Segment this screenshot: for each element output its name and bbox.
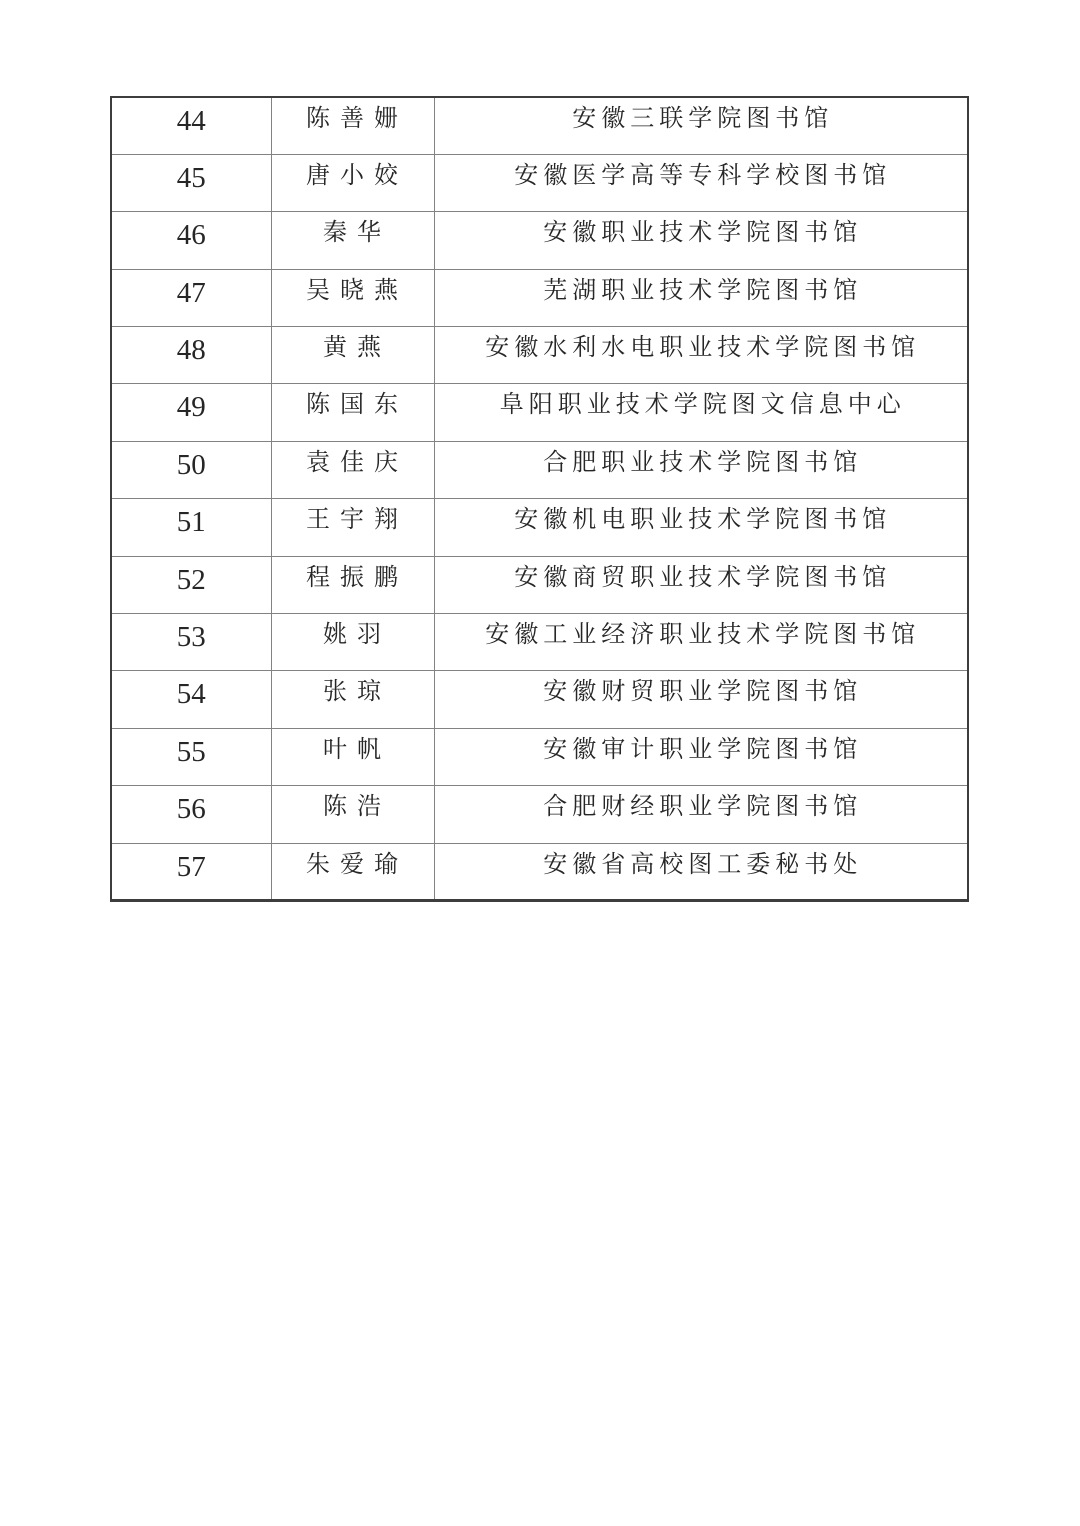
cell-serial-number: 57 <box>111 843 271 900</box>
document-page: 44 陈善姗 安徽三联学院图书馆 45 唐小姣 安徽医学高等专科学校图书馆 46… <box>0 0 1080 1526</box>
cell-person-name: 叶帆 <box>271 728 434 785</box>
cell-serial-number: 56 <box>111 786 271 843</box>
cell-person-name: 黄燕 <box>271 327 434 384</box>
table-row: 46 秦华 安徽职业技术学院图书馆 <box>111 212 968 269</box>
cell-institution: 安徽省高校图工委秘书处 <box>434 843 968 900</box>
table-row: 52 程振鹏 安徽商贸职业技术学院图书馆 <box>111 556 968 613</box>
cell-serial-number: 50 <box>111 441 271 498</box>
cell-person-name: 秦华 <box>271 212 434 269</box>
table-row: 50 袁佳庆 合肥职业技术学院图书馆 <box>111 441 968 498</box>
table-row: 45 唐小姣 安徽医学高等专科学校图书馆 <box>111 154 968 211</box>
cell-person-name: 陈善姗 <box>271 97 434 154</box>
cell-person-name: 袁佳庆 <box>271 441 434 498</box>
table-row: 49 陈国东 阜阳职业技术学院图文信息中心 <box>111 384 968 441</box>
cell-serial-number: 55 <box>111 728 271 785</box>
cell-institution: 安徽工业经济职业技术学院图书馆 <box>434 614 968 671</box>
cell-serial-number: 45 <box>111 154 271 211</box>
cell-serial-number: 47 <box>111 269 271 326</box>
cell-person-name: 朱爱瑜 <box>271 843 434 900</box>
cell-person-name: 陈浩 <box>271 786 434 843</box>
cell-person-name: 王宇翔 <box>271 499 434 556</box>
cell-person-name: 吴晓燕 <box>271 269 434 326</box>
cell-institution: 安徽水利水电职业技术学院图书馆 <box>434 327 968 384</box>
cell-institution: 合肥财经职业学院图书馆 <box>434 786 968 843</box>
cell-serial-number: 51 <box>111 499 271 556</box>
table-row: 55 叶帆 安徽审计职业学院图书馆 <box>111 728 968 785</box>
cell-person-name: 姚羽 <box>271 614 434 671</box>
attendee-roster-table: 44 陈善姗 安徽三联学院图书馆 45 唐小姣 安徽医学高等专科学校图书馆 46… <box>110 96 969 902</box>
table-row: 56 陈浩 合肥财经职业学院图书馆 <box>111 786 968 843</box>
cell-institution: 安徽商贸职业技术学院图书馆 <box>434 556 968 613</box>
cell-institution: 阜阳职业技术学院图文信息中心 <box>434 384 968 441</box>
cell-institution: 安徽职业技术学院图书馆 <box>434 212 968 269</box>
cell-institution: 安徽审计职业学院图书馆 <box>434 728 968 785</box>
cell-institution: 安徽机电职业技术学院图书馆 <box>434 499 968 556</box>
cell-person-name: 程振鹏 <box>271 556 434 613</box>
attendee-roster-body: 44 陈善姗 安徽三联学院图书馆 45 唐小姣 安徽医学高等专科学校图书馆 46… <box>111 97 968 900</box>
cell-serial-number: 44 <box>111 97 271 154</box>
cell-serial-number: 46 <box>111 212 271 269</box>
cell-serial-number: 54 <box>111 671 271 728</box>
table-row: 47 吴晓燕 芜湖职业技术学院图书馆 <box>111 269 968 326</box>
table-row: 54 张琼 安徽财贸职业学院图书馆 <box>111 671 968 728</box>
cell-person-name: 唐小姣 <box>271 154 434 211</box>
cell-institution: 合肥职业技术学院图书馆 <box>434 441 968 498</box>
cell-serial-number: 52 <box>111 556 271 613</box>
table-row: 57 朱爱瑜 安徽省高校图工委秘书处 <box>111 843 968 900</box>
table-row: 44 陈善姗 安徽三联学院图书馆 <box>111 97 968 154</box>
cell-institution: 安徽三联学院图书馆 <box>434 97 968 154</box>
table-row: 53 姚羽 安徽工业经济职业技术学院图书馆 <box>111 614 968 671</box>
cell-institution: 芜湖职业技术学院图书馆 <box>434 269 968 326</box>
table-row: 51 王宇翔 安徽机电职业技术学院图书馆 <box>111 499 968 556</box>
cell-serial-number: 53 <box>111 614 271 671</box>
cell-institution: 安徽医学高等专科学校图书馆 <box>434 154 968 211</box>
table-row: 48 黄燕 安徽水利水电职业技术学院图书馆 <box>111 327 968 384</box>
cell-institution: 安徽财贸职业学院图书馆 <box>434 671 968 728</box>
cell-person-name: 张琼 <box>271 671 434 728</box>
cell-person-name: 陈国东 <box>271 384 434 441</box>
cell-serial-number: 49 <box>111 384 271 441</box>
cell-serial-number: 48 <box>111 327 271 384</box>
